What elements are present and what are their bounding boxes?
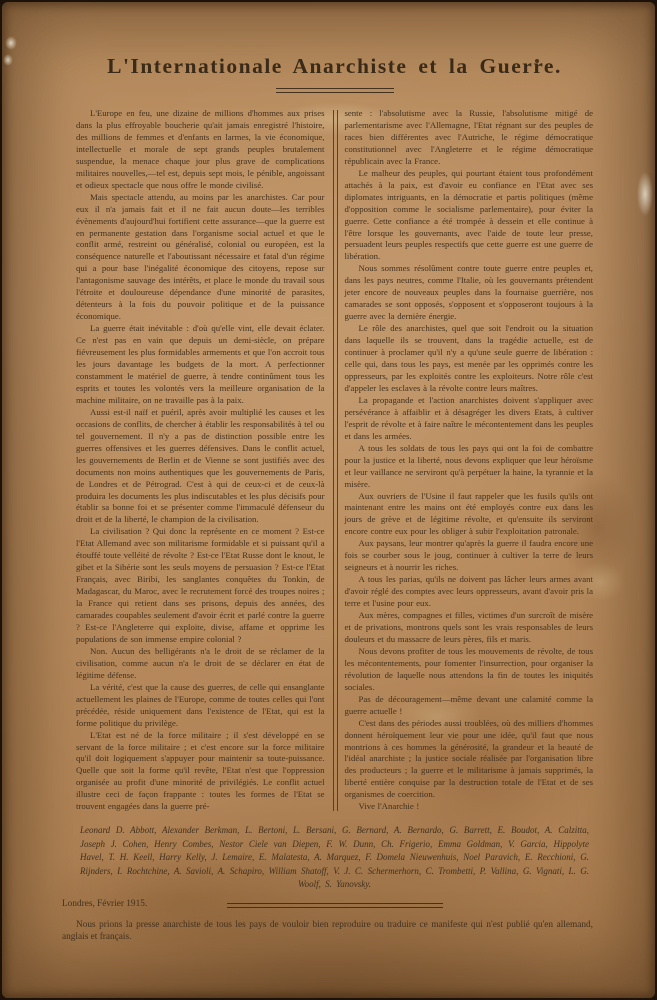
paragraph: La propagande et l'action anarchistes do… [345, 395, 594, 443]
paragraph: sente : l'absolutisme avec la Russie, l'… [345, 108, 594, 168]
right-column: sente : l'absolutisme avec la Russie, l'… [344, 108, 594, 813]
dateline: Londres, Février 1915. [62, 899, 147, 909]
paragraph: Nous sommes résolûment contre toute guer… [345, 263, 594, 323]
paragraph: Le rôle des anarchistes, quel que soit l… [345, 323, 594, 395]
title-divider-rule [276, 88, 394, 93]
paper-chip-stain [5, 36, 17, 50]
paragraph: Aussi est-il naïf et puéril, après avoir… [76, 407, 325, 527]
paragraph: A tous les soldats de tous les pays qui … [345, 443, 594, 491]
manifesto-page: L'Internationale Anarchiste et la Guerre… [2, 2, 655, 998]
two-column-body: L'Europe en feu, une dizaine de millions… [76, 108, 593, 813]
paragraph: Nous devons profiter de tous les mouveme… [345, 646, 594, 694]
footer-note: Nous prions la presse anarchiste de tous… [62, 919, 593, 944]
paragraph: La guerre était inévitable : d'où qu'ell… [76, 323, 325, 407]
paper-chip-stain [3, 54, 13, 66]
paragraph: Aux paysans, leur montrer qu'après la gu… [345, 538, 594, 574]
paragraph: A tous les parias, qu'ils ne doivent pas… [345, 574, 594, 610]
paragraph: Aux ouvriers de l'Usine il faut rappeler… [345, 491, 594, 539]
paragraph: L'Etat est né de la force militaire ; il… [76, 730, 325, 814]
paper-chip-stain [637, 172, 653, 216]
signatories-list: Leonard D. Abbott, Alexander Berkman, L.… [80, 824, 589, 892]
paragraph: Aux mères, compagnes et filles, victimes… [345, 610, 594, 646]
paragraph: Non. Aucun des belligérants n'a le droit… [76, 646, 325, 682]
paragraph: L'Europe en feu, une dizaine de millions… [76, 108, 325, 192]
footer-divider-rule [227, 903, 443, 908]
paragraph: Pas de découragement—même devant une cal… [345, 694, 594, 718]
dateline-row: Londres, Février 1915. [76, 897, 593, 913]
left-column: L'Europe en feu, une dizaine de millions… [76, 108, 326, 813]
paragraph: La civilisation ? Qui donc la représente… [76, 526, 325, 646]
paragraph: C'est dans des périodes aussi troublées,… [345, 718, 594, 802]
column-divider-rule [333, 110, 338, 811]
document-content: L'Internationale Anarchiste et la Guerre… [76, 2, 593, 944]
paragraph: Mais spectacle attendu, au moins par les… [76, 192, 325, 323]
paragraph: La vérité, c'est que la cause des guerre… [76, 682, 325, 730]
page-title: L'Internationale Anarchiste et la Guerre… [76, 54, 593, 79]
paragraph: Vive l'Anarchie ! [345, 801, 594, 813]
paragraph: Le malheur des peuples, qui pourtant éta… [345, 168, 594, 264]
